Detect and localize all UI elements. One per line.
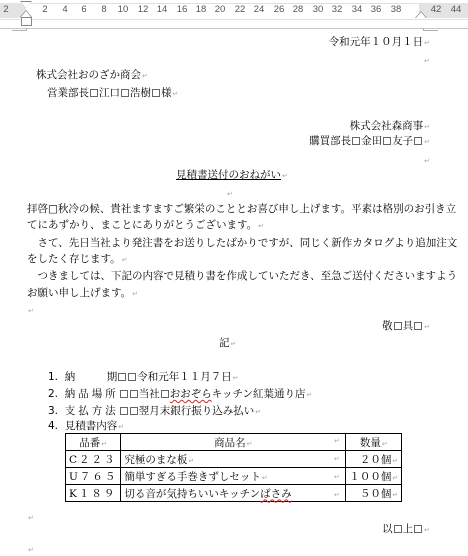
ruler-tick: 42 [431,4,442,15]
code-cell[interactable]: U７６５ [66,468,121,485]
ruler-tick: 24 [254,4,265,15]
ruler-tick: 2 [42,4,47,15]
body-line-3: さて、先日当社より発注書をお送りしたばかりですが、同じく新作カタログより追加注文 [27,236,457,250]
ruler-tick: 26 [274,4,285,15]
item-3: 3. 支払方法翌月末銀行振り込み払い↵ [48,404,261,418]
recipient-company: 株式会社おのざか商会↵ [36,68,148,82]
name-cell[interactable]: 究極のまな板↵ [121,451,346,468]
margin-corner-top-left [12,28,27,31]
left-indent-marker[interactable] [21,17,32,26]
ruler-tick: 20 [215,4,226,15]
qty-cell[interactable]: ５０個↵ [346,485,402,502]
horizontal-ruler[interactable]: 224681012141618202224262830323436384244 [0,0,468,29]
body-line-4: をしたく存じます。↵ [27,252,128,266]
empty-paragraph: ↵ [226,186,233,200]
row-end-mark: ↵ [334,473,340,481]
ruler-tick: 6 [81,4,86,15]
spelling-error[interactable]: ばさみ [260,488,292,500]
ruler-tick: 28 [293,4,304,15]
table-row: K１８９ 切る音が気持ちいいキッチンばさみ ５０個↵ [66,485,402,502]
first-line-indent-fill [21,2,31,8]
ruler-tick: 10 [118,4,129,15]
ruler-tick: 38 [391,4,402,15]
ruler-tick: 44 [451,4,462,15]
empty-paragraph: ↵ [423,153,430,167]
qty-cell[interactable]: １００個↵ [346,468,402,485]
sender-person: 購買部長金田友子↵ [309,134,430,148]
table-header-row: 品番↵ 商品名↵ 数量↵ [66,434,402,451]
qty-cell[interactable]: ２０個↵ [346,451,402,468]
ruler-tick: 32 [332,4,343,15]
ruler-tick: 30 [313,4,324,15]
quote-table[interactable]: 品番↵ 商品名↵ 数量↵ C２２３ 究極のまな板↵ ２０個↵ U７６５ 簡単すぎ… [65,433,402,502]
body-line-1: 拝啓□秋冷の候、貴社ますますご繁栄のこととお喜び申し上げます。平素は格別のお引き… [27,202,456,216]
body-line-2: てにあずかり、まことにありがとうございます。↵ [27,218,264,232]
body-line-5: つきましては、下記の内容で見積り書を作成していただき、至急ご送付くださいますよう [27,269,457,283]
code-cell[interactable]: K１８９ [66,485,121,502]
ruler-tick: 12 [138,4,149,15]
date-line: 令和元年１０月１日↵ [329,35,430,49]
date-text: 令和元年１０月１日 [329,36,424,48]
name-cell[interactable]: 簡単すぎる手巻きずしセット↵ [121,468,346,485]
ruler-tick: 34 [352,4,363,15]
body-line-6: お願い申し上げます。↵ [27,286,138,300]
table-row: C２２３ 究極のまな板↵ ２０個↵ [66,451,402,468]
row-end-mark: ↵ [334,437,340,445]
table-row: U７６５ 簡単すぎる手巻きずしセット↵ １００個↵ [66,468,402,485]
name-cell[interactable]: 切る音が気持ちいいキッチンばさみ [121,485,346,502]
row-end-mark: ↵ [334,455,340,463]
ruler-tick: 2 [3,4,8,15]
paragraph-mark: ↵ [424,39,430,47]
sender-company: 株式会社森商事↵ [350,119,430,133]
ruler-tick: 36 [371,4,382,15]
subject-title: 見積書送付のおねがい [176,169,281,181]
margin-corner-top-right [423,28,438,31]
ruler-tick: 18 [196,4,207,15]
right-indent-fill [416,12,426,18]
row-end-mark: ↵ [334,491,340,499]
ruler-tick: 8 [101,4,106,15]
item-1: 1. 納 期令和元年１１月７日↵ [48,370,239,384]
code-cell[interactable]: C２２３ [66,451,121,468]
subject-line: 見積書送付のおねがい↵ [176,168,288,182]
empty-paragraph: ↵ [27,542,34,556]
header-cell[interactable]: 商品名↵ [121,434,346,451]
ruler-tick: 14 [157,4,168,15]
ruler-tick: 22 [235,4,246,15]
header-cell[interactable]: 品番↵ [66,434,121,451]
spelling-error[interactable]: おおぞら [170,388,212,400]
header-cell[interactable]: 数量↵ [346,434,402,451]
recipient-person: 営業部長江口浩樹様↵ [47,86,178,100]
ki-line: 記↵ [219,336,236,350]
closing-line: 敬具↵ [382,319,430,333]
empty-paragraph: ↵ [423,53,430,67]
ruler-tick: 4 [62,4,67,15]
item-2: 2. 納品場所当社おおぞらキッチン紅葉通り店↵ [48,387,312,401]
ruler-tick: 16 [177,4,188,15]
end-line: 以上↵ [382,522,430,536]
empty-paragraph: ↵ [27,303,34,317]
empty-paragraph: ↵ [27,510,34,524]
item-4: 4. 見積書内容↵ [48,419,124,433]
